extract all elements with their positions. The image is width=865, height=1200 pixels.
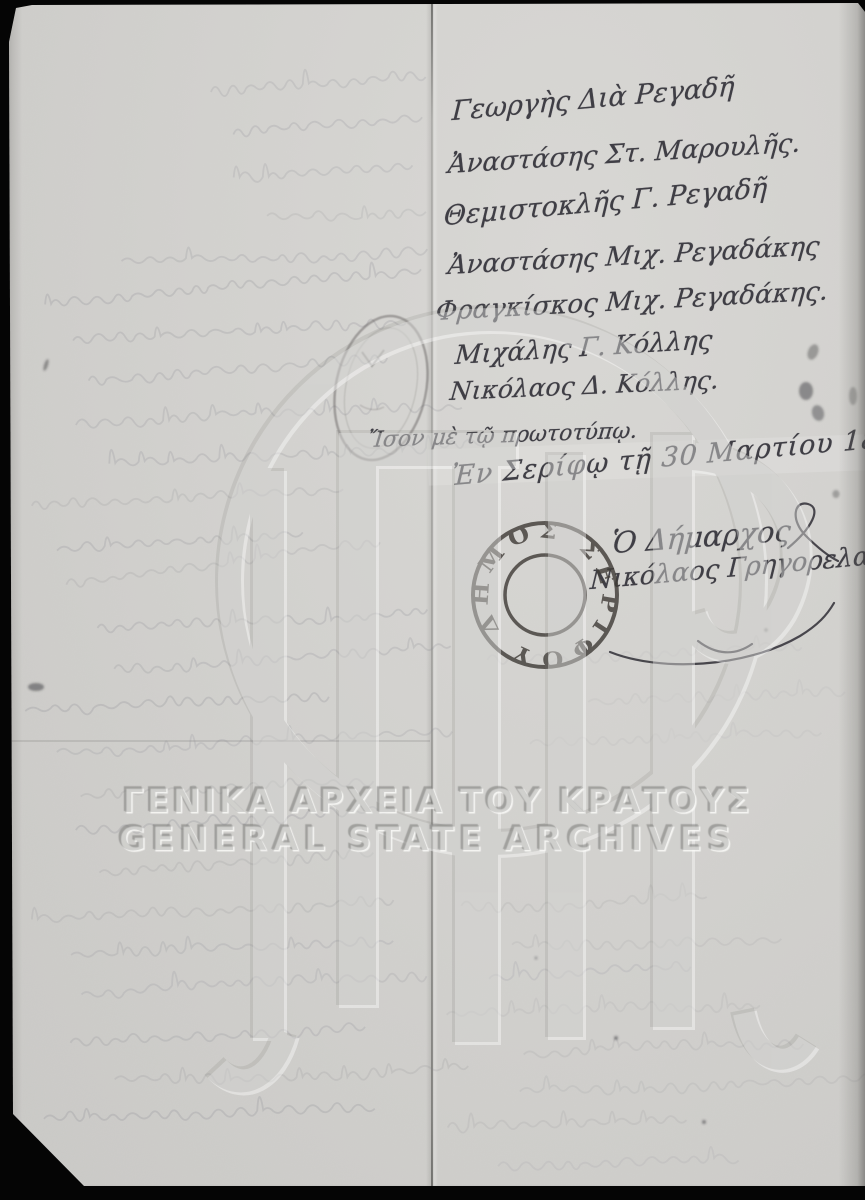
archives-logo-watermark bbox=[0, 0, 865, 1200]
watermark-text-greek: ΓΕΝΙΚΑ ΑΡΧΕΙΑ ΤΟΥ ΚΡΑΤΟΥΣ bbox=[122, 781, 753, 821]
paper-sheet: Γεωργὴς Διὰ Ρεγαδῆ Ἀναστάσης Στ. Μαρουλῆ… bbox=[0, 0, 865, 1200]
scanned-document: Γεωργὴς Διὰ Ρεγαδῆ Ἀναστάσης Στ. Μαρουλῆ… bbox=[0, 0, 865, 1200]
left-edge-shadow bbox=[0, 0, 22, 1200]
right-edge-shadow bbox=[839, 0, 865, 1200]
watermark-text-english: GENERAL STATE ARCHIVES bbox=[118, 819, 736, 859]
bottom-edge-shadow bbox=[0, 1184, 865, 1200]
